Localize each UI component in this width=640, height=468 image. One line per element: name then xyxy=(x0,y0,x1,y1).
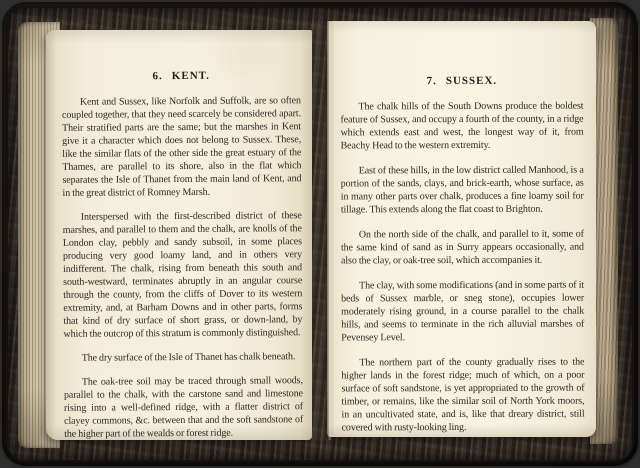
paragraph: East of these hills, in the low district… xyxy=(341,164,584,217)
left-section-number: 6. xyxy=(152,70,162,82)
paragraph: On the north side of the chalk, and para… xyxy=(341,228,584,268)
screenshot-scene: 6.KENT. Kent and Sussex, like Norfolk an… xyxy=(0,0,640,468)
paragraph: The northern part of the county graduall… xyxy=(341,356,584,435)
paragraph: Kent and Sussex, like Norfolk and Suffol… xyxy=(62,94,302,200)
paragraph: The chalk hills of the South Downs produ… xyxy=(340,100,583,153)
left-page[interactable]: 6.KENT. Kent and Sussex, like Norfolk an… xyxy=(46,30,312,440)
paragraph: The dry surface of the Isle of Thanet ha… xyxy=(64,350,303,365)
right-section-number: 7. xyxy=(427,75,437,87)
photo-frame: 6.KENT. Kent and Sussex, like Norfolk an… xyxy=(0,0,640,468)
right-page-text-block: 7.SUSSEX. The chalk hills of the South D… xyxy=(340,75,584,437)
right-page-heading: 7.SUSSEX. xyxy=(340,75,583,88)
right-section-title: SUSSEX. xyxy=(446,75,497,87)
paragraph: The clay, with some modifications (and i… xyxy=(341,279,584,345)
paragraph: The oak-tree soil may be traced through … xyxy=(64,374,303,440)
left-page-text-block: 6.KENT. Kent and Sussex, like Norfolk an… xyxy=(62,69,304,440)
right-page[interactable]: 7.SUSSEX. The chalk hills of the South D… xyxy=(327,21,596,437)
book-photo: 6.KENT. Kent and Sussex, like Norfolk an… xyxy=(6,6,634,462)
left-page-heading: 6.KENT. xyxy=(62,69,301,83)
left-section-title: KENT. xyxy=(172,70,210,82)
paragraph: Interspersed with the first-described di… xyxy=(63,209,303,341)
